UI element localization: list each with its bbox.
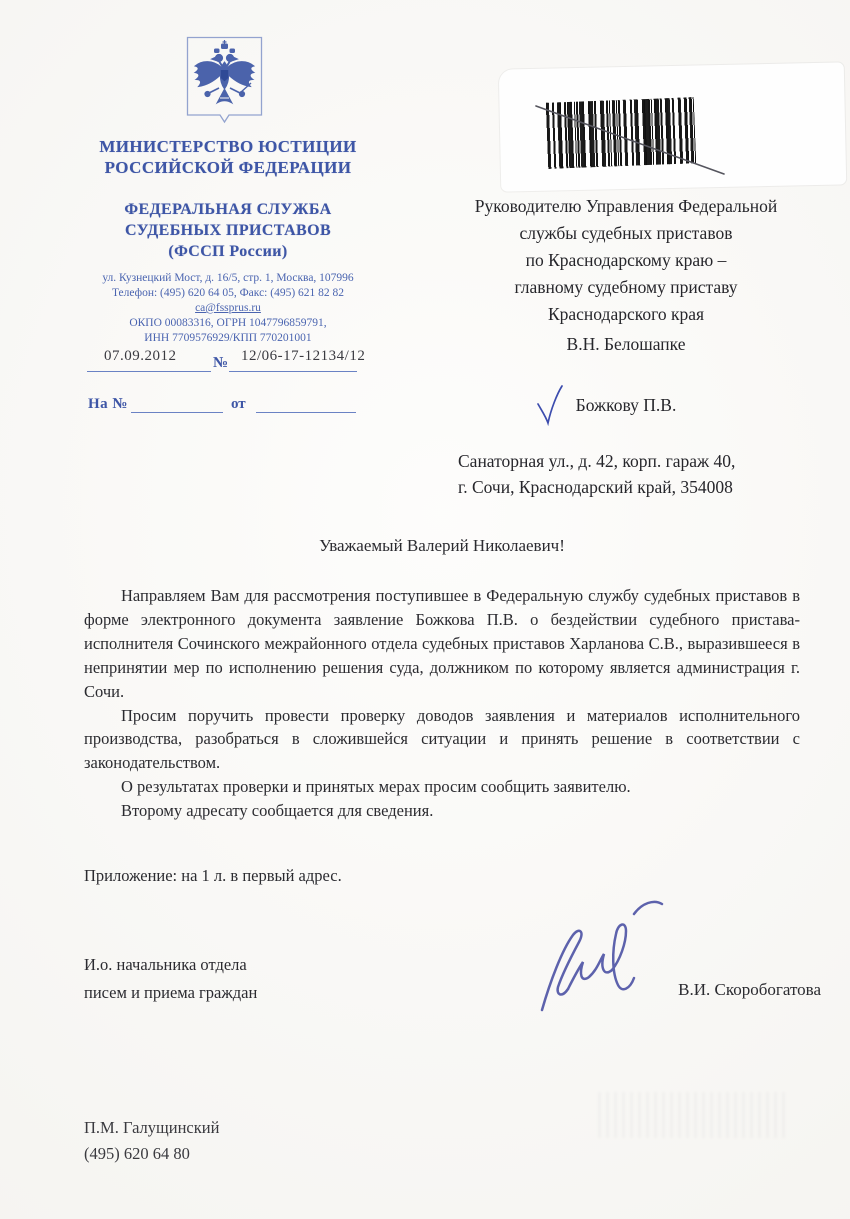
second-addressee-address-line: г. Сочи, Краснодарский край, 354008 <box>458 474 735 500</box>
phone-fax: Телефон: (495) 620 64 05, Факс: (495) 62… <box>50 286 406 301</box>
signer-position-line: И.о. начальника отдела <box>84 951 257 979</box>
date-underline <box>87 371 211 372</box>
coat-of-arms-icon <box>186 36 263 130</box>
body-paragraph: Второму адресату сообщается для сведения… <box>84 799 800 823</box>
addressee-line: Краснодарского края <box>420 301 832 328</box>
salutation: Уважаемый Валерий Николаевич! <box>84 536 800 556</box>
reg-codes-2: ИНН 7709576929/КПП 770201001 <box>50 331 406 346</box>
letter-number: 12/06-17-12134/12 <box>241 348 365 365</box>
reply-from-label: от <box>231 396 246 413</box>
street-address: ул. Кузнецкий Мост, д. 16/5, стр. 1, Мос… <box>50 271 406 286</box>
reg-codes-1: ОКПО 00083316, ОГРН 1047796859791, <box>50 316 406 331</box>
addressee-line: главному судебному приставу <box>420 274 832 301</box>
page-bleed-through-artifact <box>598 1092 786 1138</box>
executor-block: П.М. Галущинский (495) 620 64 80 <box>84 1115 219 1167</box>
handwritten-signature-icon <box>516 888 680 1020</box>
reply-date-underline <box>256 412 356 413</box>
number-underline <box>229 371 357 372</box>
ministry-line-1: МИНИСТЕРСТВО ЮСТИЦИИ <box>50 136 406 157</box>
letter-body: Направляем Вам для рассмотрения поступив… <box>84 584 800 823</box>
signer-position-line: писем и приема граждан <box>84 979 257 1007</box>
body-paragraph: О результатах проверки и принятых мерах … <box>84 775 800 799</box>
service-name: ФЕДЕРАЛЬНАЯ СЛУЖБА СУДЕБНЫХ ПРИСТАВОВ (Ф… <box>50 199 406 262</box>
reply-to-label: На № <box>88 396 128 413</box>
service-line-2: СУДЕБНЫХ ПРИСТАВОВ <box>50 220 406 241</box>
signer-name: В.И. Скоробогатова <box>600 980 821 1000</box>
letter-date: 07.09.2012 <box>104 348 177 365</box>
email-address: ca@fssprus.ru <box>50 301 406 316</box>
second-addressee-name: Божкову П.В. <box>420 395 832 416</box>
attachment-note: Приложение: на 1 л. в первый адрес. <box>84 866 342 886</box>
number-sign: № <box>213 355 228 372</box>
ministry-name: МИНИСТЕРСТВО ЮСТИЦИИ РОССИЙСКОЙ ФЕДЕРАЦИ… <box>50 136 406 178</box>
second-addressee-address-line: Санаторная ул., д. 42, корп. гараж 40, <box>458 448 735 474</box>
ministry-line-2: РОССИЙСКОЙ ФЕДЕРАЦИИ <box>50 157 406 178</box>
barcode-icon <box>546 97 696 169</box>
body-paragraph: Направляем Вам для рассмотрения поступив… <box>84 584 800 704</box>
executor-phone: (495) 620 64 80 <box>84 1141 219 1167</box>
addressee-line: Руководителю Управления Федеральной <box>420 193 832 220</box>
reply-number-underline <box>131 412 223 413</box>
executor-name: П.М. Галущинский <box>84 1115 219 1141</box>
contact-block: ул. Кузнецкий Мост, д. 16/5, стр. 1, Мос… <box>50 271 406 346</box>
signer-position: И.о. начальника отдела писем и приема гр… <box>84 951 257 1006</box>
addressee-name: В.Н. Белошапке <box>420 334 832 355</box>
scanned-letter-page: МИНИСТЕРСТВО ЮСТИЦИИ РОССИЙСКОЙ ФЕДЕРАЦИ… <box>0 0 850 1219</box>
body-paragraph: Просим поручить провести проверку доводо… <box>84 704 800 776</box>
addressee-line: службы судебных приставов <box>420 220 832 247</box>
addressee-line: по Краснодарскому краю – <box>420 247 832 274</box>
service-line-1: ФЕДЕРАЛЬНАЯ СЛУЖБА <box>50 199 406 220</box>
addressee-block: Руководителю Управления Федеральной служ… <box>420 193 832 328</box>
second-addressee-address: Санаторная ул., д. 42, корп. гараж 40, г… <box>458 448 735 500</box>
service-line-3: (ФССП России) <box>50 241 406 262</box>
